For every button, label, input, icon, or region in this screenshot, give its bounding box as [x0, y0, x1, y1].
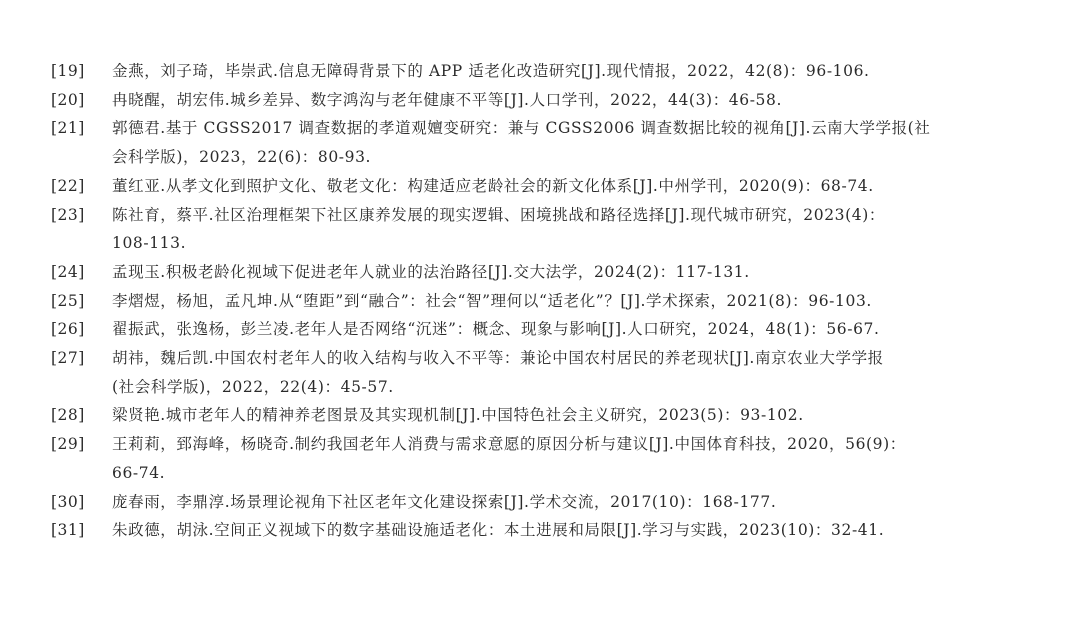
reference-number: [23] [51, 201, 85, 230]
reference-text: 李熠煜，杨旭，孟凡坤.从“堕距”到“融合”：社会“智”理何以“适老化”？[J].… [112, 287, 1047, 316]
reference-number: [27] [51, 344, 85, 373]
reference-number: [25] [51, 287, 85, 316]
reference-text: 朱政德，胡泳.空间正义视域下的数字基础设施适老化：本土进展和局限[J].学习与实… [112, 516, 1047, 545]
reference-line: 陈社育，蔡平.社区治理框架下社区康养发展的现实逻辑、困境挑战和路径选择[J].现… [112, 201, 1047, 230]
reference-item: [22] 董红亚.从孝文化到照护文化、敬老文化：构建适应老龄社会的新文化体系[J… [0, 172, 1080, 201]
reference-text: 翟振武，张逸杨，彭兰凌.老年人是否网络“沉迷”：概念、现象与影响[J].人口研究… [112, 315, 1047, 344]
reference-text: 胡祎，魏后凯.中国农村老年人的收入结构与收入不平等：兼论中国农村居民的养老现状[… [112, 344, 1047, 401]
reference-line: 翟振武，张逸杨，彭兰凌.老年人是否网络“沉迷”：概念、现象与影响[J].人口研究… [112, 315, 1047, 344]
reference-number: [19] [51, 57, 85, 86]
reference-text: 冉晓醒，胡宏伟.城乡差异、数字鸿沟与老年健康不平等[J].人口学刊，2022，4… [112, 86, 1047, 115]
reference-line: 会科学版)，2023，22(6)：80-93. [112, 143, 1047, 172]
reference-item: [28] 梁贤艳.城市老年人的精神养老图景及其实现机制[J].中国特色社会主义研… [0, 401, 1080, 430]
reference-line: 冉晓醒，胡宏伟.城乡差异、数字鸿沟与老年健康不平等[J].人口学刊，2022，4… [112, 86, 1047, 115]
reference-text: 金燕，刘子琦，毕崇武.信息无障碍背景下的 APP 适老化改造研究[J].现代情报… [112, 57, 1047, 86]
reference-text: 孟现玉.积极老龄化视域下促进老年人就业的法治路径[J].交大法学，2024(2)… [112, 258, 1047, 287]
reference-number: [21] [51, 114, 85, 143]
reference-line: 李熠煜，杨旭，孟凡坤.从“堕距”到“融合”：社会“智”理何以“适老化”？[J].… [112, 287, 1047, 316]
reference-number: [29] [51, 430, 85, 459]
reference-item: [23] 陈社育，蔡平.社区治理框架下社区康养发展的现实逻辑、困境挑战和路径选择… [0, 201, 1080, 258]
reference-line: 胡祎，魏后凯.中国农村老年人的收入结构与收入不平等：兼论中国农村居民的养老现状[… [112, 344, 1047, 373]
reference-number: [20] [51, 86, 85, 115]
reference-text: 郭德君.基于 CGSS2017 调查数据的孝道观嬗变研究：兼与 CGSS2006… [112, 114, 1047, 171]
reference-text: 王莉莉，郅海峰，杨晓奇.制约我国老年人消费与需求意愿的原因分析与建议[J].中国… [112, 430, 1047, 487]
reference-item: [25] 李熠煜，杨旭，孟凡坤.从“堕距”到“融合”：社会“智”理何以“适老化”… [0, 287, 1080, 316]
reference-text: 陈社育，蔡平.社区治理框架下社区康养发展的现实逻辑、困境挑战和路径选择[J].现… [112, 201, 1047, 258]
reference-line: 金燕，刘子琦，毕崇武.信息无障碍背景下的 APP 适老化改造研究[J].现代情报… [112, 57, 1047, 86]
reference-item: [31] 朱政德，胡泳.空间正义视域下的数字基础设施适老化：本土进展和局限[J]… [0, 516, 1080, 545]
reference-number: [24] [51, 258, 85, 287]
reference-item: [27] 胡祎，魏后凯.中国农村老年人的收入结构与收入不平等：兼论中国农村居民的… [0, 344, 1080, 401]
reference-line: 朱政德，胡泳.空间正义视域下的数字基础设施适老化：本土进展和局限[J].学习与实… [112, 516, 1047, 545]
reference-line: (社会科学版)，2022，22(4)：45-57. [112, 373, 1047, 402]
reference-item: [26] 翟振武，张逸杨，彭兰凌.老年人是否网络“沉迷”：概念、现象与影响[J]… [0, 315, 1080, 344]
reference-line: 梁贤艳.城市老年人的精神养老图景及其实现机制[J].中国特色社会主义研究，202… [112, 401, 1047, 430]
reference-text: 董红亚.从孝文化到照护文化、敬老文化：构建适应老龄社会的新文化体系[J].中州学… [112, 172, 1047, 201]
reference-number: [22] [51, 172, 85, 201]
reference-item: [24] 孟现玉.积极老龄化视域下促进老年人就业的法治路径[J].交大法学，20… [0, 258, 1080, 287]
reference-number: [28] [51, 401, 85, 430]
reference-item: [29] 王莉莉，郅海峰，杨晓奇.制约我国老年人消费与需求意愿的原因分析与建议[… [0, 430, 1080, 487]
reference-line: 王莉莉，郅海峰，杨晓奇.制约我国老年人消费与需求意愿的原因分析与建议[J].中国… [112, 430, 1047, 459]
reference-line: 孟现玉.积极老龄化视域下促进老年人就业的法治路径[J].交大法学，2024(2)… [112, 258, 1047, 287]
reference-list: [19] 金燕，刘子琦，毕崇武.信息无障碍背景下的 APP 适老化改造研究[J]… [0, 57, 1080, 545]
reference-line: 郭德君.基于 CGSS2017 调查数据的孝道观嬗变研究：兼与 CGSS2006… [112, 114, 1047, 143]
reference-text: 梁贤艳.城市老年人的精神养老图景及其实现机制[J].中国特色社会主义研究，202… [112, 401, 1047, 430]
reference-item: [19] 金燕，刘子琦，毕崇武.信息无障碍背景下的 APP 适老化改造研究[J]… [0, 57, 1080, 86]
reference-line: 66-74. [112, 459, 1047, 488]
reference-number: [30] [51, 488, 85, 517]
reference-text: 庞春雨，李鼎淳.场景理论视角下社区老年文化建设探索[J].学术交流，2017(1… [112, 488, 1047, 517]
reference-number: [26] [51, 315, 85, 344]
reference-item: [21] 郭德君.基于 CGSS2017 调查数据的孝道观嬗变研究：兼与 CGS… [0, 114, 1080, 171]
reference-item: [20] 冉晓醒，胡宏伟.城乡差异、数字鸿沟与老年健康不平等[J].人口学刊，2… [0, 86, 1080, 115]
reference-item: [30] 庞春雨，李鼎淳.场景理论视角下社区老年文化建设探索[J].学术交流，2… [0, 488, 1080, 517]
reference-number: [31] [51, 516, 85, 545]
reference-line: 董红亚.从孝文化到照护文化、敬老文化：构建适应老龄社会的新文化体系[J].中州学… [112, 172, 1047, 201]
reference-line: 108-113. [112, 229, 1047, 258]
reference-line: 庞春雨，李鼎淳.场景理论视角下社区老年文化建设探索[J].学术交流，2017(1… [112, 488, 1047, 517]
